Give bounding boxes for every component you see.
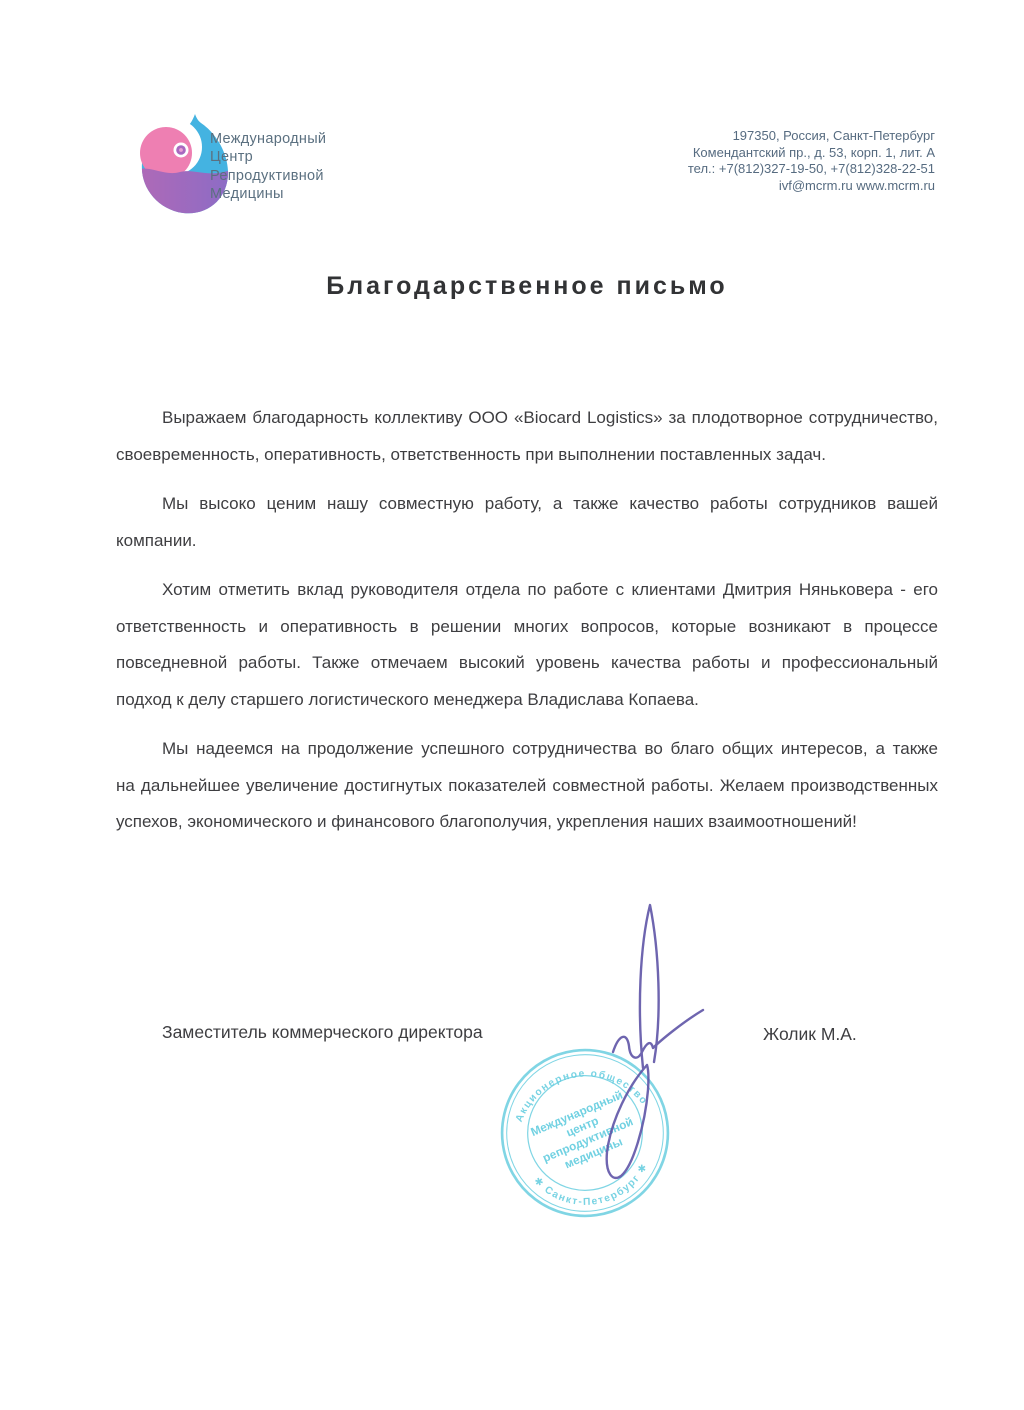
contact-web-line: ivf@mcrm.ru www.mcrm.ru — [688, 178, 935, 195]
paragraph: Мы надеемся на продолжение успешного сот… — [116, 731, 938, 841]
handwritten-signature — [555, 890, 725, 1190]
paragraph-line: ответственность и оперативность в решени… — [116, 609, 938, 646]
signer-position: Заместитель коммерческого директора — [162, 1022, 483, 1043]
brand-line: Центр — [210, 148, 326, 166]
paragraph-line: своевременность, оперативность, ответств… — [116, 437, 938, 474]
brand-line: Медицины — [210, 185, 326, 203]
paragraph: Хотим отметить вклад руководителя отдела… — [116, 572, 938, 718]
contact-block: 197350, Россия, Санкт-Петербург Комендан… — [688, 128, 935, 194]
contact-address-line: Комендантский пр., д. 53, корп. 1, лит. … — [688, 145, 935, 162]
paragraph: Мы высоко ценим нашу совместную работу, … — [116, 486, 938, 559]
brand-line: Репродуктивной — [210, 167, 326, 185]
brand-wordmark: Международный Центр Репродуктивной Медиц… — [210, 130, 326, 203]
contact-phone-line: тел.: +7(812)327-19-50, +7(812)328-22-51 — [688, 161, 935, 178]
brand-line: Международный — [210, 130, 326, 148]
letter-page: Международный Центр Репродуктивной Медиц… — [0, 0, 1024, 1410]
letter-title: Благодарственное письмо — [116, 272, 938, 301]
paragraph-line: Мы высоко ценим нашу совместную работу, … — [116, 486, 938, 523]
paragraph-line: подход к делу старшего логистического ме… — [116, 682, 938, 719]
paragraph-line: Выражаем благодарность коллективу ООО «B… — [116, 400, 938, 437]
paragraph-line: Мы надеемся на продолжение успешного сот… — [116, 731, 938, 768]
letter-body: Выражаем благодарность коллективу ООО «B… — [116, 400, 938, 854]
paragraph-line: успехов, экономического и финансового бл… — [116, 804, 938, 841]
paragraph-line: компании. — [116, 523, 938, 560]
paragraph-line: повседневной работы. Также отмечаем высо… — [116, 645, 938, 682]
paragraph-line: Хотим отметить вклад руководителя отдела… — [116, 572, 938, 609]
paragraph-line: на дальнейшее увеличение достигнутых пок… — [116, 768, 938, 805]
contact-address-line: 197350, Россия, Санкт-Петербург — [688, 128, 935, 145]
paragraph: Выражаем благодарность коллективу ООО «B… — [116, 400, 938, 473]
signer-name: Жолик М.А. — [763, 1024, 857, 1045]
